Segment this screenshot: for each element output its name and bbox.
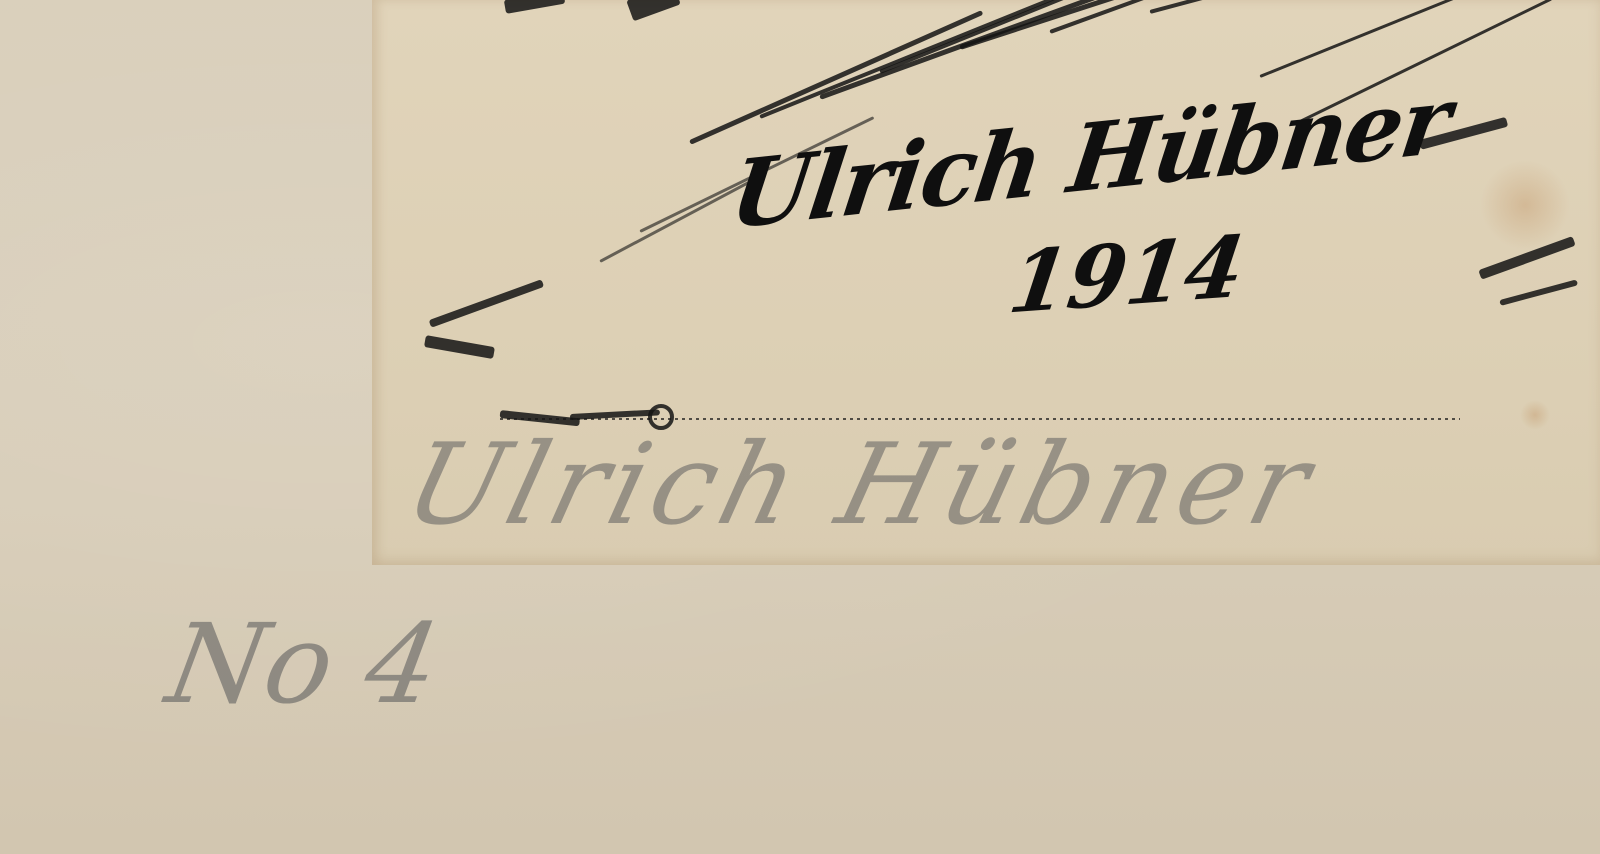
plate-signature-year: 1914 — [1003, 216, 1250, 333]
foxing-stain — [1520, 400, 1550, 430]
pencil-signature: Ulrich Hübner — [394, 420, 1328, 550]
foxing-stain — [1480, 160, 1570, 250]
edition-number: No 4 — [159, 600, 449, 728]
